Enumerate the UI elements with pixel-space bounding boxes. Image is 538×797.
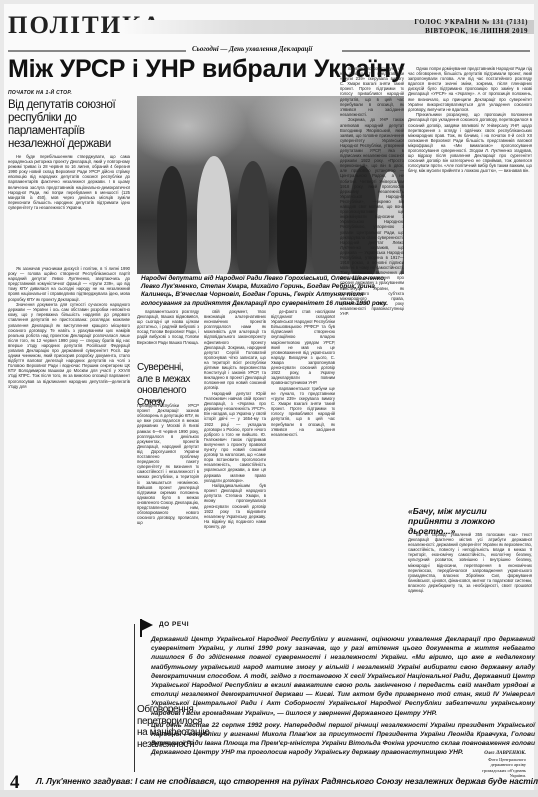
paragraph: Зокрема, до УНР також апелював народний … xyxy=(340,117,404,316)
newspaper-page: ПОЛІТИКА ГОЛОС УКРАЇНИ № 131 (7131) ВІВТ… xyxy=(4,4,534,790)
kicker: Сьогодні — День ухвалення Декларації xyxy=(192,45,312,53)
paragraph: парламентського розгляду Декларації, Іва… xyxy=(137,309,199,345)
paragraph: Однак попри домінування представників На… xyxy=(408,66,532,112)
footer-quote: Л. Лук'яненко згадував: І сам не сподіва… xyxy=(36,776,538,786)
sidebar-paragraph: Державний Центр Української Народної Рес… xyxy=(151,635,535,718)
sidebar-text: Державний Центр Української Народної Рес… xyxy=(151,635,535,761)
masthead: ГОЛОС УКРАЇНИ № 131 (7131) ВІВТОРОК, 16 … xyxy=(414,18,528,36)
sidebar-label: ДО РЕЧІ xyxy=(159,621,189,628)
column-divider xyxy=(134,624,135,772)
paragraph: Значення документа для сутності сучасног… xyxy=(8,302,130,389)
paragraph: Прихильники розрахунку, що пропозиція по… xyxy=(408,112,532,173)
paragraph: Як зазначав учасникам дискусії і політик… xyxy=(8,266,130,302)
continuation-note: ПОЧАТОК НА 1-Й СТОР. xyxy=(8,90,72,96)
column-1-text-b: Як зазначав учасникам дискусії і політик… xyxy=(8,266,130,766)
column-3-text: свій документ, твох виконавців альтернат… xyxy=(204,309,266,614)
flag-icon xyxy=(141,619,153,631)
issue-line: ГОЛОС УКРАЇНИ № 131 (7131) xyxy=(414,18,528,27)
column-4-text: де-факто став наслідком від'єднаної скла… xyxy=(271,309,335,614)
paragraph: Народний депутат Юрій Гнатюкевич навчав … xyxy=(204,391,266,483)
paragraph: свій документ, твох виконавців альтернат… xyxy=(204,309,266,391)
date-line: ВІВТОРОК, 16 ЛИПНЯ 2019 xyxy=(414,27,528,36)
paragraph: парламентської трибуни ще не лунало, то … xyxy=(271,386,335,437)
photo-figure xyxy=(197,156,231,274)
photo-figure xyxy=(157,166,187,274)
column-1-text-a: Не буде перебільшенням стверджувати, що … xyxy=(8,154,130,262)
photo-figure xyxy=(237,161,269,274)
page-footer: 4 Л. Лук'яненко згадував: І сам не споді… xyxy=(0,770,538,792)
paragraph: Не буде перебільшенням стверджувати, що … xyxy=(8,154,130,210)
subhead-1: Від депутатів союзної республіки до парл… xyxy=(8,99,132,151)
kicker-rule-right xyxy=(342,50,530,52)
column-5-text: парламентської трибуни ще не лунало, то … xyxy=(340,66,404,614)
sidebar-box: ДО РЕЧІ Державний Центр Української Наро… xyxy=(137,617,537,771)
paragraph: Перший ПрезидентРеспубліки УРСР проект Д… xyxy=(137,398,199,525)
kicker-rule-left xyxy=(8,50,186,52)
paragraph: Найрадикальнішим був проект Декларації н… xyxy=(204,483,266,529)
column-2-text-a: парламентського розгляду Декларації, Іва… xyxy=(137,309,199,359)
column-2-text-b: Перший ПрезидентРеспубліки УРСР проект Д… xyxy=(137,398,199,614)
photo-figure xyxy=(277,166,307,274)
paragraph: де-факто став наслідком від'єднаної скла… xyxy=(271,309,335,385)
paragraph: парламентської трибуни ще не лунало, то … xyxy=(340,66,404,117)
sidebar-paragraph: Цей день настав 22 серпня 1992 року. Нап… xyxy=(151,721,535,758)
bottom-margin xyxy=(0,790,538,797)
paragraph: Ви й справді ухвалений 355 голосами «за»… xyxy=(408,532,532,593)
column-6-text-a: Однак попри домінування представників На… xyxy=(408,66,532,504)
